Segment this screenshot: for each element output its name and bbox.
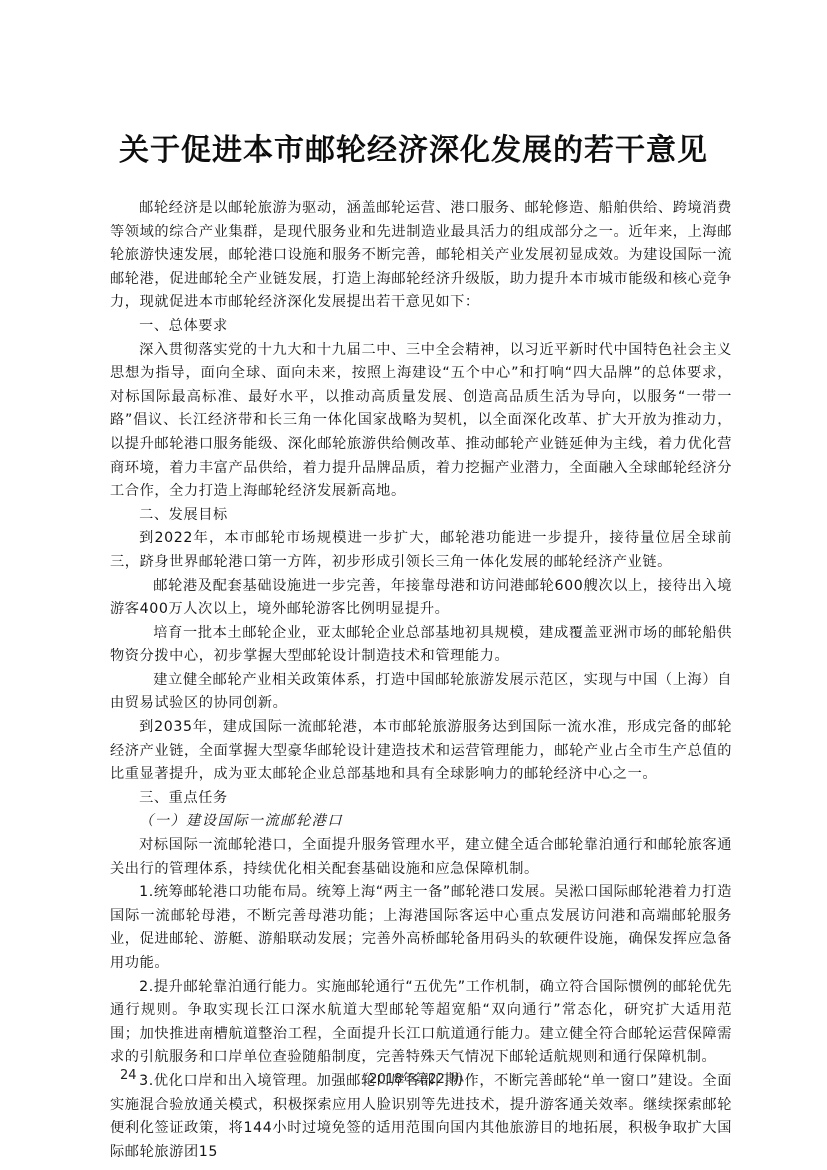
paragraph-goal-enterprises: 培育一批本土邮轮企业，亚太邮轮企业总部基地初具规模，建成覆盖亚洲市场的邮轮船供物… <box>110 622 732 669</box>
document-body: 邮轮经济是以邮轮旅游为驱动，涵盖邮轮运营、港口服务、邮轮修造、船舶供给、跨境消费… <box>110 197 732 1164</box>
paragraph-port-intro: 对标国际一流邮轮港口，全面提升服务管理水平，建立健全适合邮轮靠泊通行和邮轮旅客通… <box>110 834 732 881</box>
section-heading-development-goals: 二、发展目标 <box>110 504 732 528</box>
issue-label: （2018年第22期） <box>0 1068 827 1087</box>
section-heading-overall-requirements: 一、总体要求 <box>110 315 732 339</box>
subsection-heading-port: （一）建设国际一流邮轮港口 <box>110 810 732 834</box>
paragraph-intro: 邮轮经济是以邮轮旅游为驱动，涵盖邮轮运营、港口服务、邮轮修造、船舶供给、跨境消费… <box>110 197 732 315</box>
document-title: 关于促进本市邮轮经济深化发展的若干意见 <box>0 131 827 171</box>
paragraph-goal-2022: 到2022年，本市邮轮市场规模进一步扩大，邮轮港功能进一步提升，接待量位居全球前… <box>110 527 732 574</box>
paragraph-goal-2035: 到2035年，建成国际一流邮轮港，本市邮轮旅游服务达到国际一流水准，形成完备的邮… <box>110 716 732 787</box>
paragraph-goal-policy: 建立健全邮轮产业相关政策体系，打造中国邮轮旅游发展示范区，实现与中国（上海）自由… <box>110 669 732 716</box>
paragraph-task-1: 1.统筹邮轮港口功能布局。统筹上海“两主一备”邮轮港口发展。吴淞口国际邮轮港着力… <box>110 881 732 975</box>
section-heading-key-tasks: 三、重点任务 <box>110 787 732 811</box>
page-footer: 24 （2018年第22期） <box>0 1068 827 1090</box>
paragraph-goal-infrastructure: 邮轮港及配套基础设施进一步完善，年接靠母港和访问港邮轮600艘次以上，接待出入境… <box>110 575 732 622</box>
paragraph-overall-requirements: 深入贯彻落实党的十九大和十九届二中、三中全会精神，以习近平新时代中国特色社会主义… <box>110 339 732 504</box>
document-page: 关于促进本市邮轮经济深化发展的若干意见 邮轮经济是以邮轮旅游为驱动，涵盖邮轮运营… <box>0 0 827 1170</box>
paragraph-task-2: 2.提升邮轮靠泊通行能力。实施邮轮通行“五优先”工作机制，确立符合国际惯例的邮轮… <box>110 976 732 1070</box>
